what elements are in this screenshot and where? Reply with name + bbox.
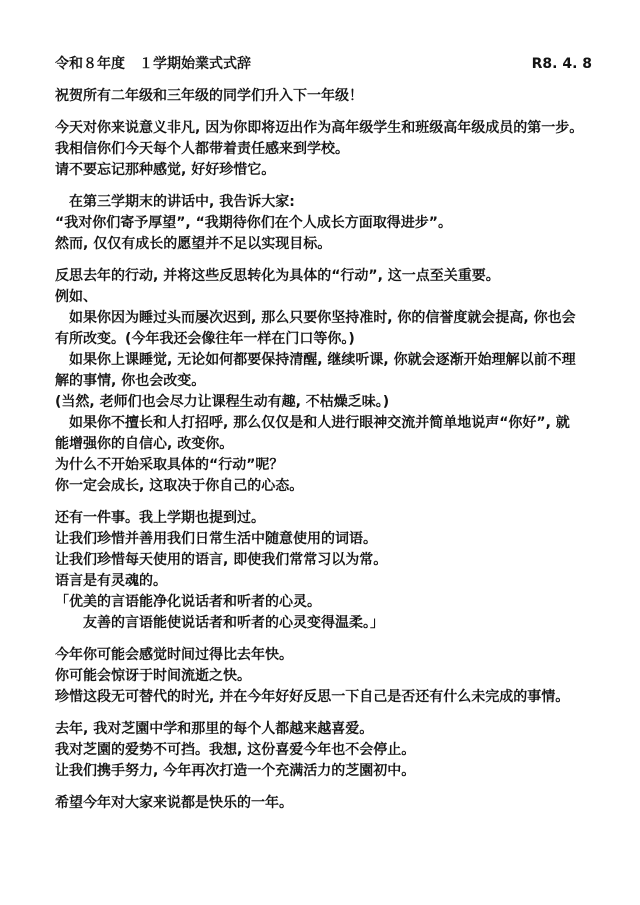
text-line: 如果你不擅长和人打招呼, 那么仅仅是和人进行眼神交流并简单地说声“你好”, 就 [55, 413, 628, 434]
document-header: 令和８年度 １学期始業式式辞 R8. 4. 8 [0, 0, 640, 75]
text-line: 还有一件事。我上学期也提到过。 [55, 508, 628, 529]
text-line: 解的事情, 你也会改变。 [55, 371, 628, 392]
text-line: 让我们携手努力, 今年再次打造一个充满活力的芝園初中。 [55, 761, 628, 782]
paragraph: 反思去年的行动, 并将这些反思转化为具体的“行动”, 这一点至关重要。例如、 如… [55, 266, 628, 497]
text-line: 请不要忘记那种感觉, 好好珍惜它。 [55, 160, 628, 181]
text-line: 如果你因为睡过头而屡次迟到, 那么只要你坚持准时, 你的信誉度就会提高, 你也会 [55, 308, 628, 329]
text-line: “我对你们寄予厚望”, “我期待你们在个人成长方面取得进步”。 [55, 213, 628, 234]
text-line: 能增强你的自信心, 改变你。 [55, 434, 628, 455]
paragraph: 今天对你来说意义非凡, 因为你即将迈出作为高年级学生和班级高年级成员的第一步。我… [55, 118, 628, 181]
text-line: 今天对你来说意义非凡, 因为你即将迈出作为高年级学生和班级高年级成员的第一步。 [55, 118, 628, 139]
document-body: 祝贺所有二年级和三年级的同学们升入下一年级！今天对你来说意义非凡, 因为你即将迈… [0, 86, 640, 814]
text-line: 反思去年的行动, 并将这些反思转化为具体的“行动”, 这一点至关重要。 [55, 266, 628, 287]
text-line: 我相信你们今天每个人都带着责任感来到学校。 [55, 139, 628, 160]
paragraph: 去年, 我对芝園中学和那里的每个人都越来越喜爱。我对芝園的爱势不可挡。我想, 这… [55, 719, 628, 782]
text-line: 祝贺所有二年级和三年级的同学们升入下一年级！ [55, 86, 628, 107]
text-line: 「优美的言语能净化说话者和听者的心灵。 [55, 592, 628, 613]
text-line: 语言是有灵魂的。 [55, 571, 628, 592]
text-line: 你一定会成长, 这取决于你自己的心态。 [55, 476, 628, 497]
text-line: 珍惜这段无可替代的时光, 并在今年好好反思一下自己是否还有什么未完成的事情。 [55, 687, 628, 708]
document-title: 令和８年度 １学期始業式式辞 [55, 54, 251, 75]
text-line: 我对芝園的爱势不可挡。我想, 这份喜爱今年也不会停止。 [55, 740, 628, 761]
paragraph: 在第三学期末的讲话中, 我告诉大家:“我对你们寄予厚望”, “我期待你们在个人成… [55, 192, 628, 255]
text-line: 然而, 仅仅有成长的愿望并不足以实现目标。 [55, 234, 628, 255]
text-line: 友善的言语能使说话者和听者的心灵变得温柔。」 [55, 613, 628, 634]
text-line: (当然, 老师们也会尽力让课程生动有趣, 不枯燥乏味。) [55, 392, 628, 413]
text-line: 让我们珍惜并善用我们日常生活中随意使用的词语。 [55, 529, 628, 550]
document-page: 令和８年度 １学期始業式式辞 R8. 4. 8 祝贺所有二年级和三年级的同学们升… [0, 0, 640, 905]
text-line: 在第三学期末的讲话中, 我告诉大家: [55, 192, 628, 213]
paragraph: 还有一件事。我上学期也提到过。让我们珍惜并善用我们日常生活中随意使用的词语。让我… [55, 508, 628, 634]
text-line: 让我们珍惜每天使用的语言, 即使我们常常习以为常。 [55, 550, 628, 571]
paragraph: 祝贺所有二年级和三年级的同学们升入下一年级！ [55, 86, 628, 107]
text-line: 去年, 我对芝園中学和那里的每个人都越来越喜爱。 [55, 719, 628, 740]
text-line: 你可能会惊讶于时间流逝之快。 [55, 666, 628, 687]
document-date: R8. 4. 8 [532, 54, 592, 75]
text-line: 今年你可能会感觉时间过得比去年快。 [55, 645, 628, 666]
text-line: 为什么不开始采取具体的“行动”呢？ [55, 455, 628, 476]
paragraph: 今年你可能会感觉时间过得比去年快。你可能会惊讶于时间流逝之快。珍惜这段无可替代的… [55, 645, 628, 708]
text-line: 例如、 [55, 287, 628, 308]
paragraph: 希望今年对大家来说都是快乐的一年。 [55, 793, 628, 814]
text-line: 如果你上课睡觉, 无论如何都要保持清醒, 继续听课, 你就会逐渐开始理解以前不理 [55, 350, 628, 371]
text-line: 希望今年对大家来说都是快乐的一年。 [55, 793, 628, 814]
text-line: 有所改变。(今年我还会像往年一样在门口等你。) [55, 329, 628, 350]
